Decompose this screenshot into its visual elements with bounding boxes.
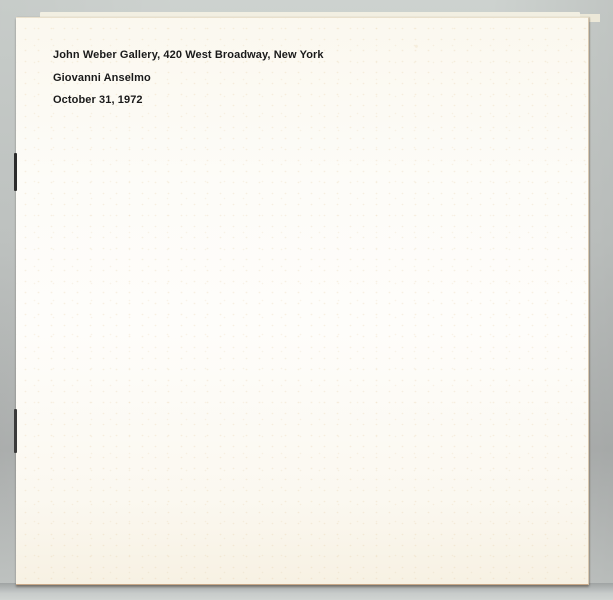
staple-bottom	[14, 409, 17, 453]
staple-top	[14, 153, 17, 191]
booklet-cover: John Weber Gallery, 420 West Broadway, N…	[16, 17, 589, 585]
exhibition-date: October 31, 1972	[53, 93, 324, 116]
artist-name: Giovanni Anselmo	[53, 71, 324, 94]
surface-shadow	[0, 583, 613, 600]
gallery-address: John Weber Gallery, 420 West Broadway, N…	[53, 48, 324, 71]
cover-text-block: John Weber Gallery, 420 West Broadway, N…	[53, 48, 324, 116]
